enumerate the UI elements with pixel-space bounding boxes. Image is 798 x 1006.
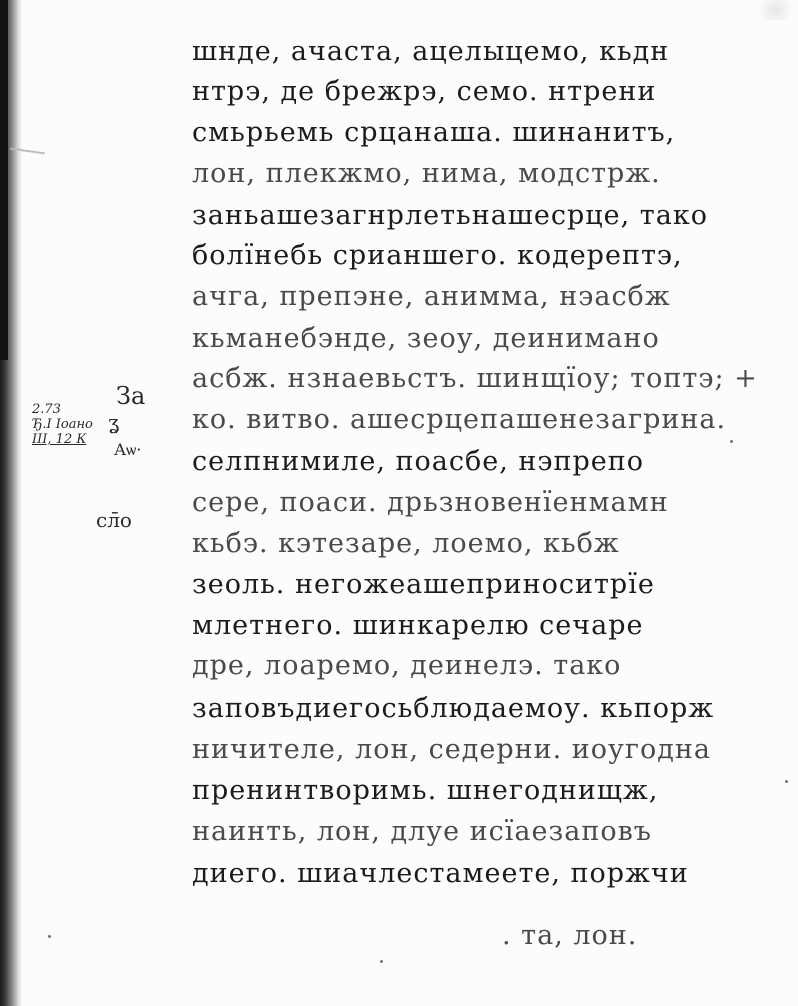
text-line-9: асбж. нзнаевьстъ. шинщїоу; топтэ; + [192,365,758,392]
text-line-20: наинть, лон, длуе исїаезаповъ [192,818,652,845]
margin-glyph-zigzag: ʓ [108,410,119,434]
text-line-12: сере, поаси. дрьзновенїенмамн [192,489,669,516]
text-line-2: нтрэ, де брежрэ, семо. нтрени [192,78,656,105]
text-line-1: шнде, ачаста, ацелыцемо, кьдн [192,38,669,65]
ink-speck [380,960,383,963]
margin-glyph-slo: сл̄о [96,508,132,532]
binding-shadow [0,0,8,360]
margin-glyph-ao: Аѡ· [114,440,141,460]
margin-note-chapter: III, 12 К [32,432,93,447]
margin-glyph-za: За [116,382,145,410]
text-line-22: . та, лон. [502,922,637,949]
text-line-4: лон, плекжмо, нима, модстрж. [192,160,661,187]
text-line-14: зеоль. негожеашеприноситрїе [192,571,655,598]
text-line-19: пренинтворимь. шнегоднищж, [192,777,658,804]
text-line-5: заньашезагнрлетьнашесрце, тако [192,202,708,229]
text-line-21: диего. шиачлестамеете, поржчи [192,860,689,887]
margin-note-gospel: Ђ.I Іоано [32,417,93,432]
margin-annotation: 2.73 Ђ.I Іоано III, 12 К [32,402,93,447]
ink-speck [48,935,51,938]
text-line-18: ничителе, лон, седерни. иоугодна [192,736,711,763]
manuscript-page: 2.73 Ђ.I Іоано III, 12 К За ʓ Аѡ· сл̄о ш… [0,0,798,1006]
text-line-15: млетнего. шинкарелю сечаре [192,612,644,639]
text-line-8: кьманебэнде, зеоу, деинимано [192,325,660,352]
margin-note-reference: 2.73 [32,402,93,417]
text-line-10: ко. витво. ашесрцепашенезагрина. [192,406,726,433]
ink-speck [730,440,733,443]
text-line-16: дре, лоаремо, деинелэ. тако [192,652,621,679]
text-line-17: заповъдиегосьблюдаемоу. кьпорж [192,695,714,722]
text-line-6: болїнебь срианшего. кодерептэ, [192,242,683,269]
text-line-13: кьбэ. кэтезаре, лоемо, кьбж [192,530,620,557]
text-line-11: селпнимиле, поасбе, нэпрепо [192,448,644,475]
ink-speck [785,780,788,783]
text-line-3: смьрьемь срцанаша. шинанитъ, [192,119,675,146]
corner-smudge [753,0,798,20]
text-line-7: ачга, препэне, анимма, нэасбж [192,283,671,310]
